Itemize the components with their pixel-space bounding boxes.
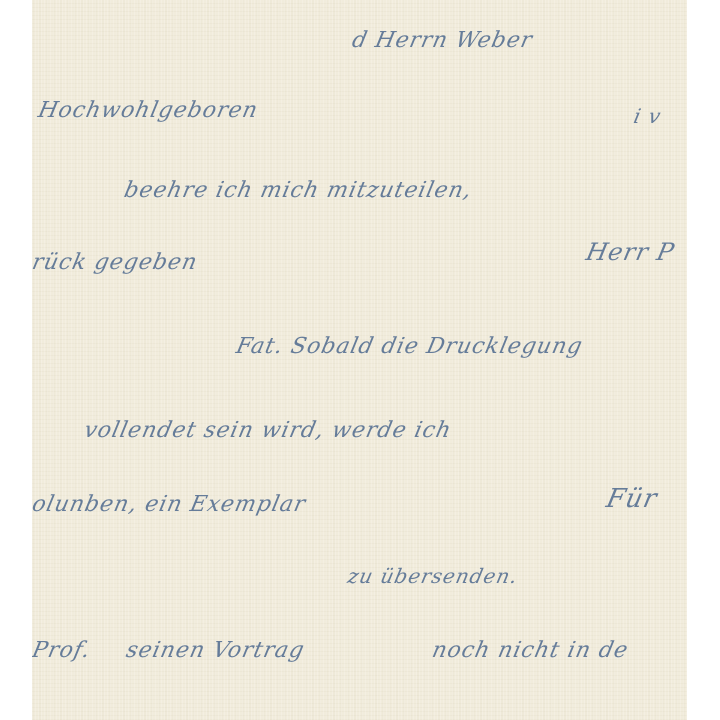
script-fragment: d Herrn Weber bbox=[350, 30, 535, 52]
script-fragment: seinen Vortrag bbox=[124, 640, 307, 662]
script-fragment: rück gegeben bbox=[32, 252, 199, 274]
script-fragment: zu übersenden. bbox=[346, 566, 520, 586]
script-fragment: Für bbox=[604, 486, 660, 512]
script-fragment: beehre ich mich mitzuteilen, bbox=[122, 180, 474, 202]
script-fragment: i v bbox=[632, 106, 663, 126]
script-fragment: olunben, ein Exemplar bbox=[32, 494, 308, 516]
script-fragment: Fat. Sobald die Drucklegung bbox=[234, 336, 585, 358]
script-fragment: Hochwohlgeboren bbox=[36, 100, 260, 122]
script-fragment: vollendet sein wird, werde ich bbox=[82, 420, 454, 442]
script-fragment: noch nicht in de bbox=[430, 640, 630, 662]
script-fragment: Herr P bbox=[584, 240, 677, 264]
wallpaper-panel: d Herrn Weber Hochwohlgeboren i v beehre… bbox=[32, 0, 687, 720]
script-fragment: Prof. bbox=[32, 640, 93, 662]
